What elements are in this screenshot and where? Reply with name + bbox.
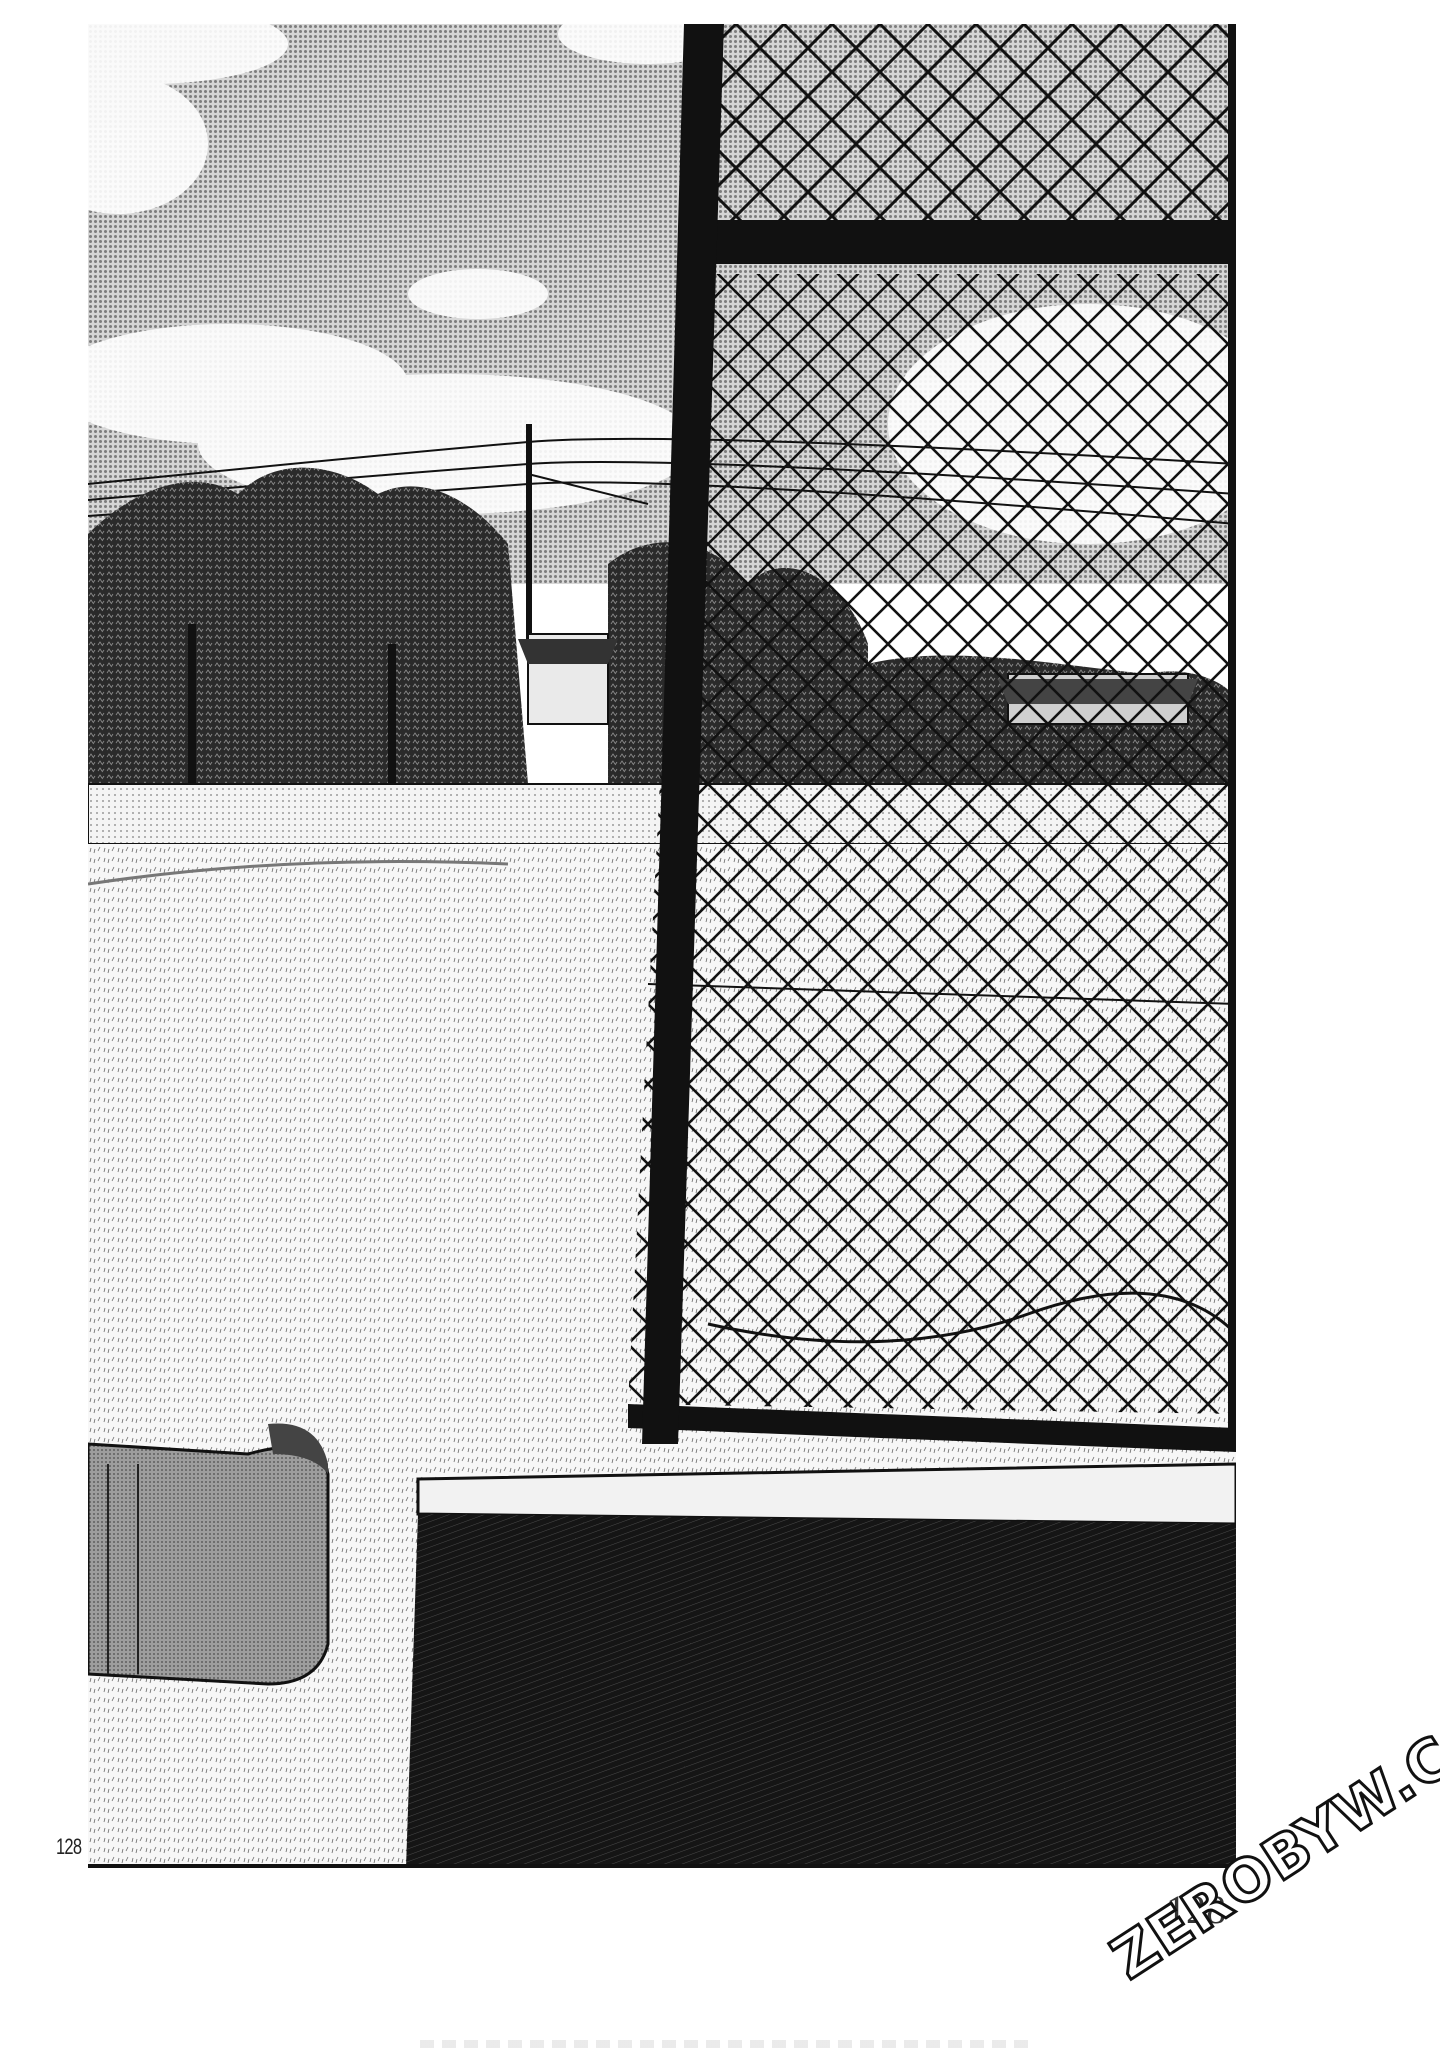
bleed-through-text xyxy=(420,2040,1030,2048)
scene-illustration xyxy=(88,24,1236,1868)
fence-rail xyxy=(688,220,1236,264)
concrete-block xyxy=(406,1464,1236,1868)
manga-page: 128 128 ZEROBYW.COM xyxy=(0,0,1440,2048)
margin-page-number: 128 xyxy=(56,1834,81,1860)
utility-pole xyxy=(526,424,532,654)
artwork-panel xyxy=(88,24,1236,1868)
curved-metal-barrier xyxy=(88,1424,328,1685)
